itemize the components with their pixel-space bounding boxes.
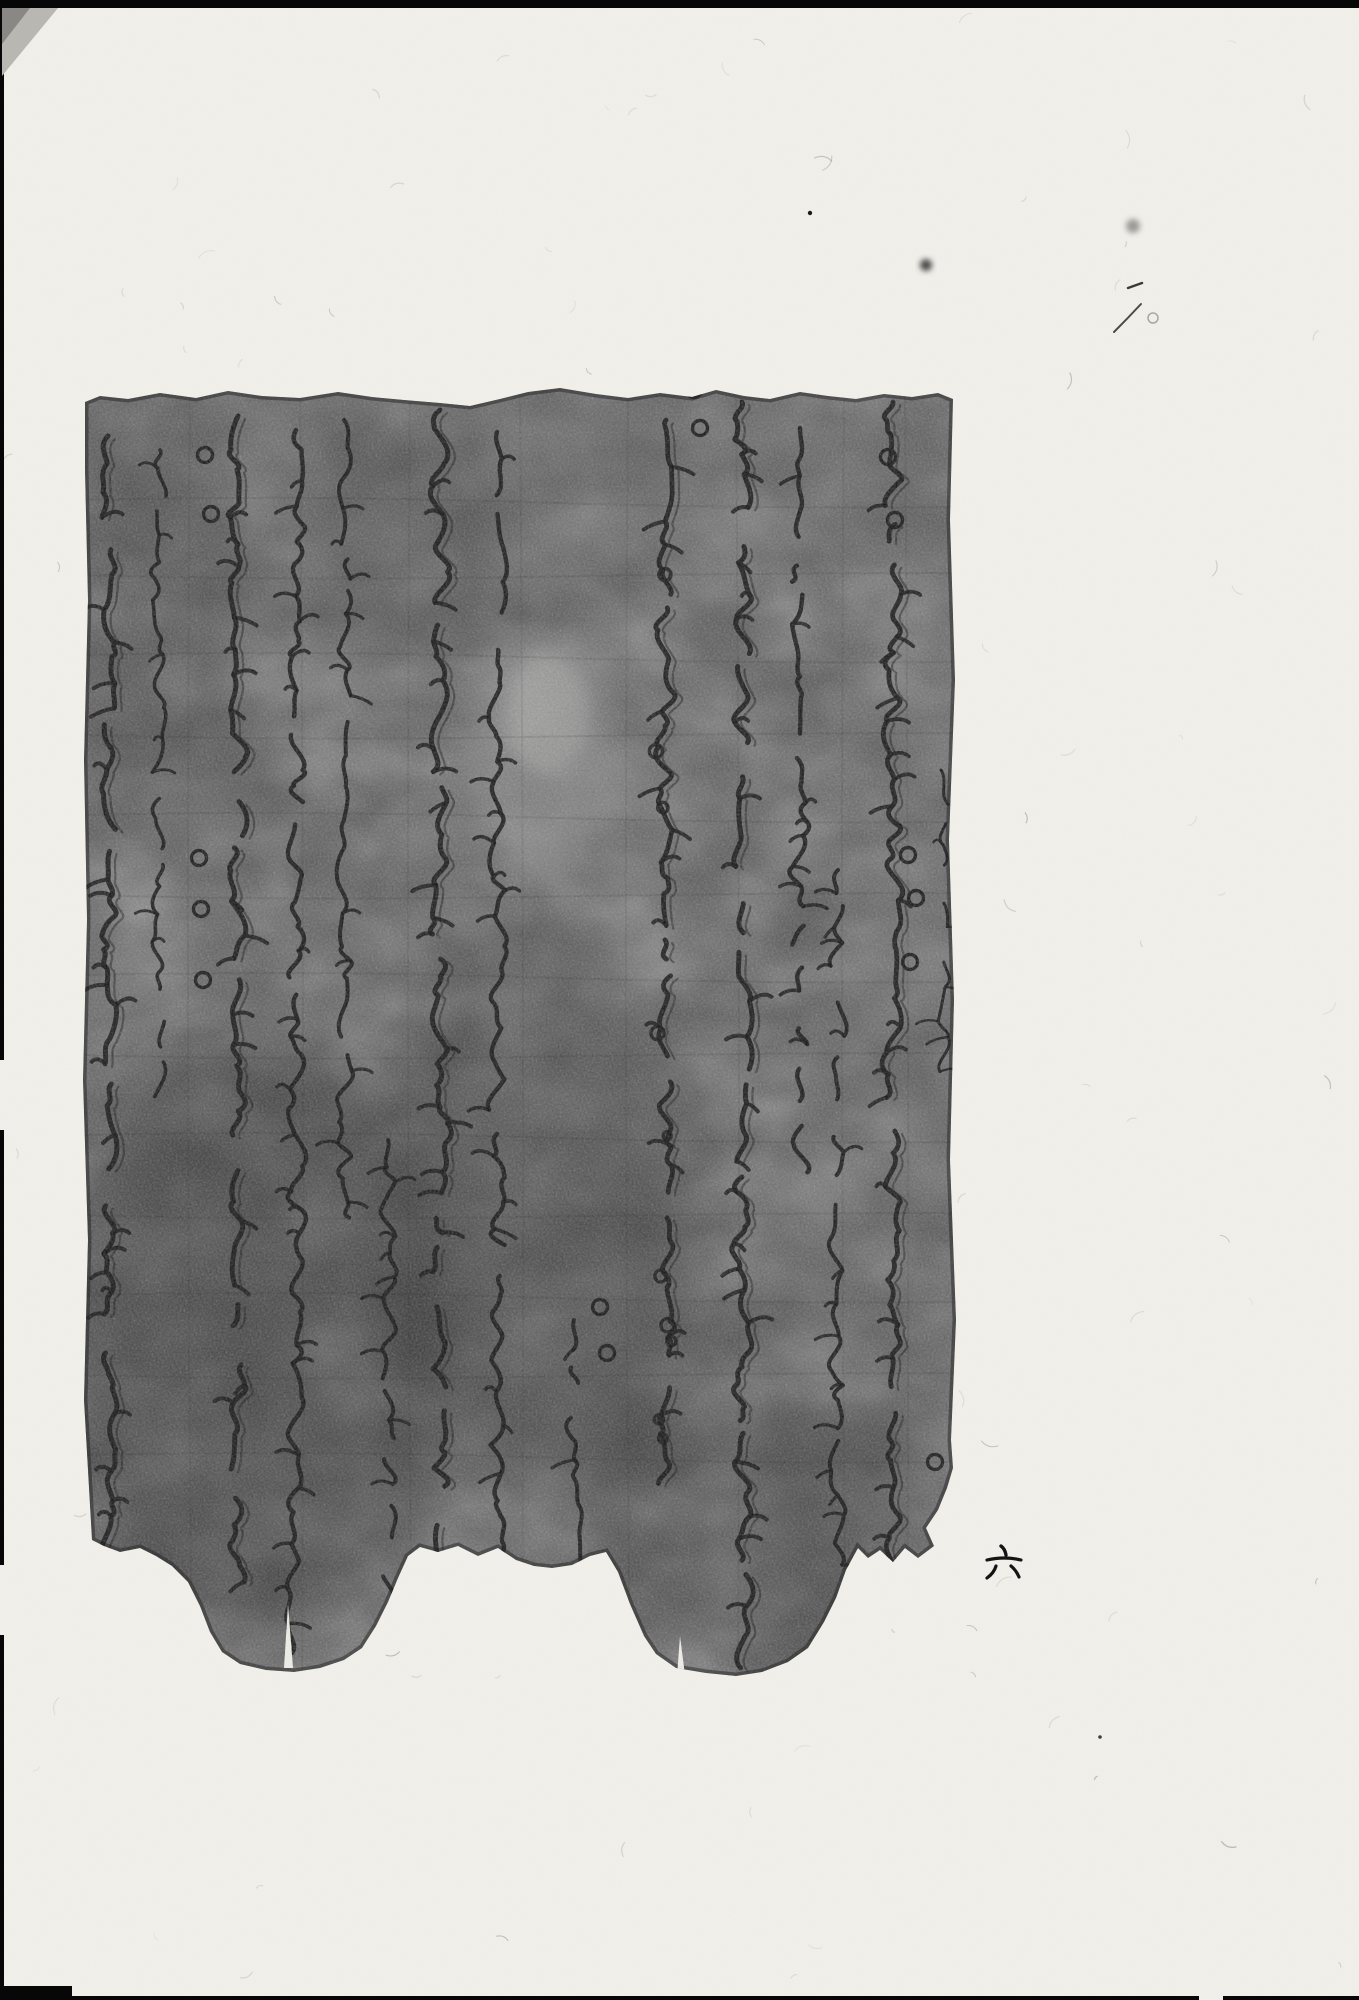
- manuscript-plate-photo: [0, 0, 1359, 2000]
- scanned-page: 六: [0, 0, 1359, 2000]
- manuscript-photo: [50, 340, 975, 1680]
- plate-number-text: 六: [985, 1543, 1021, 1579]
